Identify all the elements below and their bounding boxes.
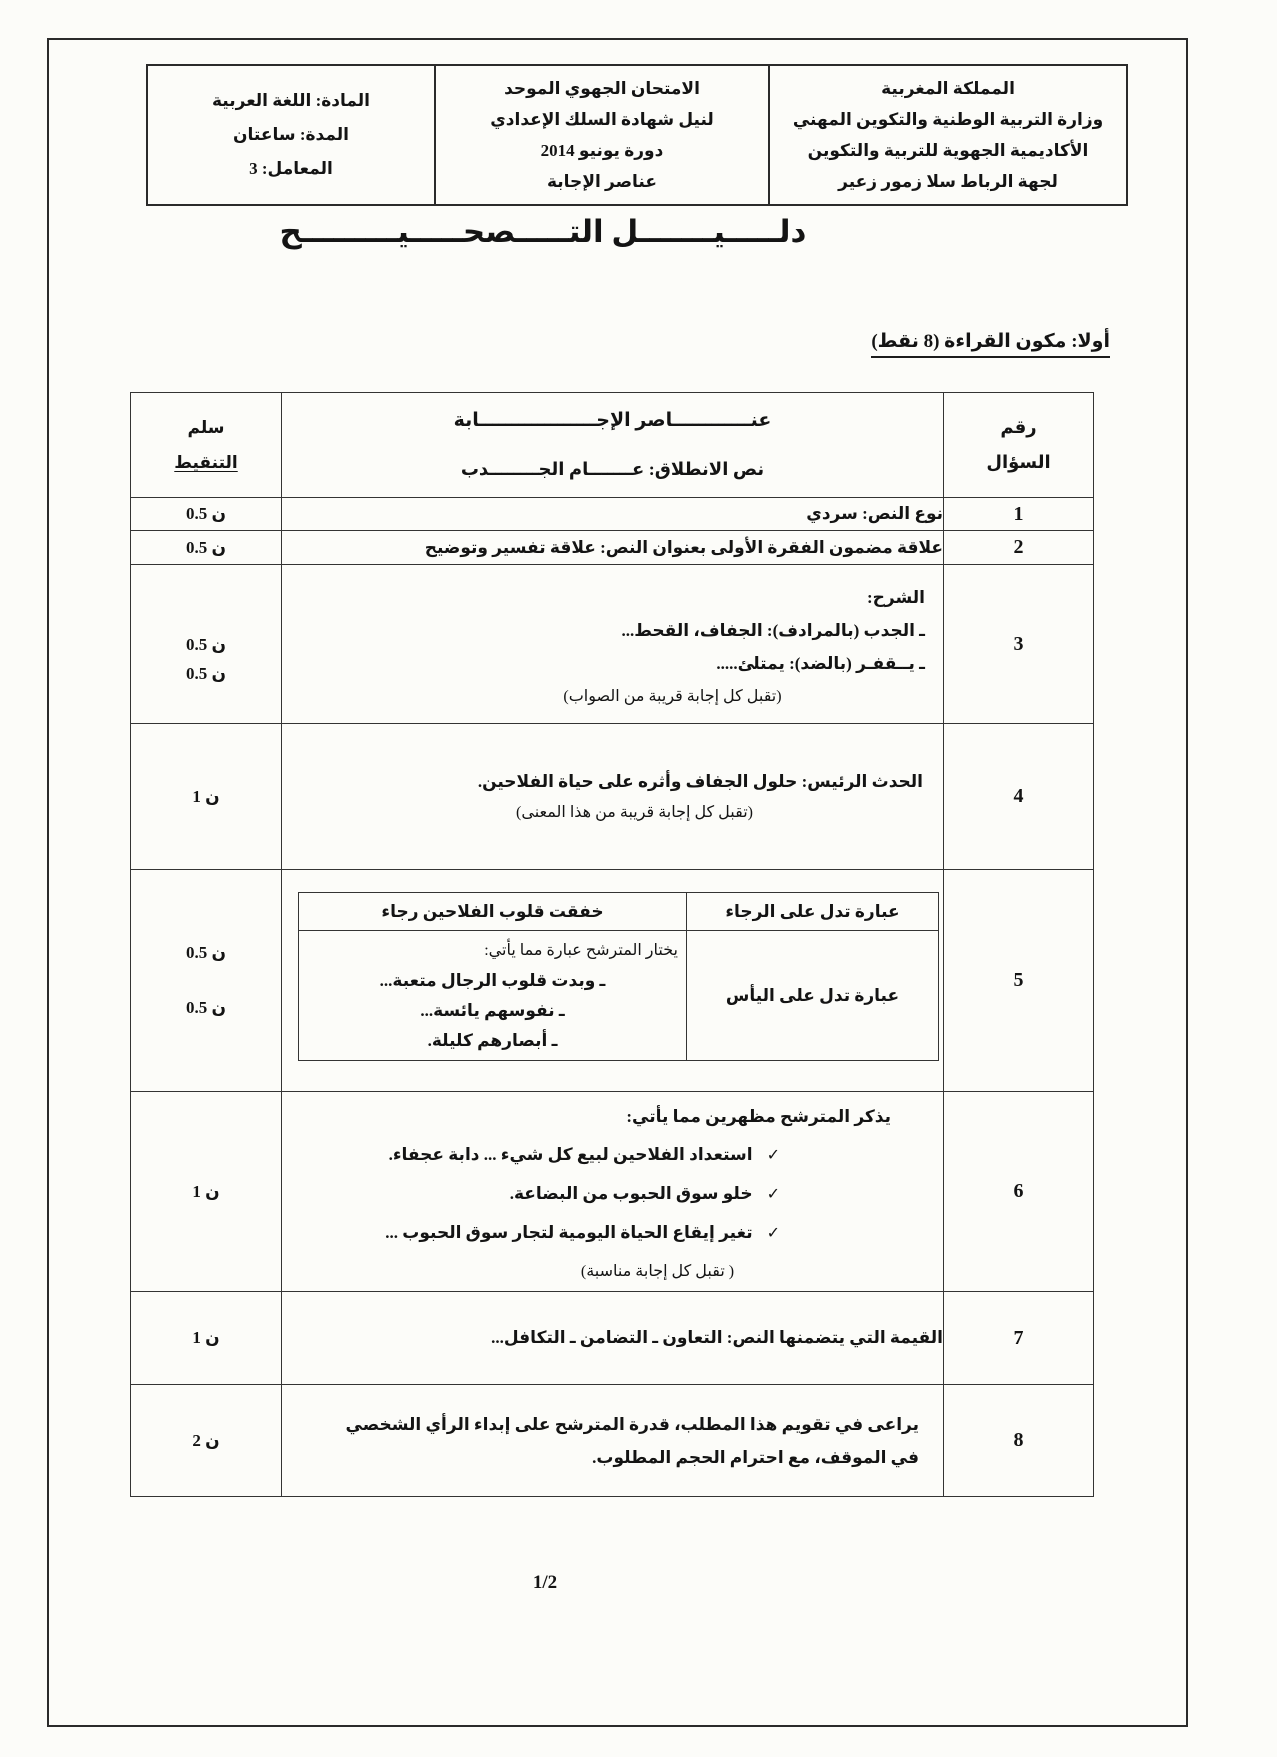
opinion-criteria-answer: يراعى في تقويم هذا المطلب، قدرة المترشح … xyxy=(282,1408,943,1474)
marking-note: ( تقبل كل إجابة مناسبة) xyxy=(282,1253,943,1291)
aspect-item: ✓ تغير إيقاع الحياة اليومية لتجار سوق ال… xyxy=(282,1214,943,1253)
score-cell: 0.5 ن xyxy=(131,498,282,531)
choice-option: ـ نفوسهم يائسة... xyxy=(299,996,686,1026)
hope-phrase-answer: خفقت قلوب الفلاحين رجاء xyxy=(299,893,687,931)
coefficient-line: المعامل: 3 xyxy=(148,152,434,186)
hope-phrase-header: عبارة تدل على الرجاء xyxy=(687,893,939,931)
answer-cell: الحدث الرئيس: حلول الجفاف وأثره على حياة… xyxy=(282,724,944,870)
paper-type-line: عناصر الإجابة xyxy=(436,166,768,197)
score-cell: 0.5 ن xyxy=(131,531,282,565)
despair-choices-cell: يختار المترشح عبارة مما يأتي: ـ وبدت قلو… xyxy=(299,931,687,1061)
academy-line: الأكاديمية الجهوية للتربية والتكوين xyxy=(770,135,1126,166)
choices-intro: يختار المترشح عبارة مما يأتي: xyxy=(299,936,686,966)
marking-note: (تقبل كل إجابة قريبة من الصواب) xyxy=(282,680,943,713)
choice-option: ـ أبصارهم كليلة. xyxy=(299,1026,686,1056)
aspects-intro: يذكر المترشح مظهرين مما يأتي: xyxy=(282,1098,943,1136)
marking-note: (تقبل كل إجابة قريبة من هذا المعنى) xyxy=(282,797,943,828)
checkmark-icon: ✓ xyxy=(767,1215,780,1253)
table-header-row: رقم السؤال عنــــــــــــاصر الإجـــــــ… xyxy=(131,393,1094,498)
despair-phrase-header: عبارة تدل على اليأس xyxy=(687,931,939,1061)
score-cell: 0.5 ن 0.5 ن xyxy=(131,870,282,1092)
exam-level-line: لنيل شهادة السلك الإعدادي xyxy=(436,104,768,135)
subject-line: المادة: اللغة العربية xyxy=(148,84,434,118)
table-row: 8 يراعى في تقويم هذا المطلب، قدرة المترش… xyxy=(131,1385,1094,1497)
table-row: 3 الشرح: ـ الجدب (بالمرادف): الجفاف، الق… xyxy=(131,565,1094,724)
question-number-header: رقم السؤال xyxy=(944,393,1094,498)
answer-elements-table: رقم السؤال عنــــــــــــاصر الإجـــــــ… xyxy=(130,392,1094,1497)
subject-info-cell: المادة: اللغة العربية المدة: ساعتان المع… xyxy=(148,66,436,204)
duration-line: المدة: ساعتان xyxy=(148,118,434,152)
answer-cell: عبارة تدل على الرجاء خفقت قلوب الفلاحين … xyxy=(282,870,944,1092)
answer-elements-header: عنــــــــــــاصر الإجــــــــــــــــــ… xyxy=(282,393,944,498)
score-value: 0.5 ن xyxy=(186,998,226,1018)
question-number-cell: 8 xyxy=(944,1385,1094,1497)
explanation-item: ـ الجدب (بالمرادف): الجفاف، القحط... xyxy=(282,614,943,647)
score-value: 0.5 ن xyxy=(186,664,226,684)
score-cell: 0.5 ن 0.5 ن xyxy=(131,565,282,724)
exam-title-line: الامتحان الجهوي الموحد xyxy=(436,73,768,104)
question-number-cell: 4 xyxy=(944,724,1094,870)
table-row: 6 يذكر المترشح مظهرين مما يأتي: ✓ استعدا… xyxy=(131,1092,1094,1292)
explanation-item: ـ يــقفـر (بالضد): يمتلئ..... xyxy=(282,647,943,680)
session-line: دورة يونيو 2014 xyxy=(436,135,768,166)
answer-cell: علاقة مضمون الفقرة الأولى بعنوان النص: ع… xyxy=(282,531,944,565)
score-cell: 2 ن xyxy=(131,1385,282,1497)
question-number-cell: 1 xyxy=(944,498,1094,531)
region-line: لجهة الرباط سلا زمور زعير xyxy=(770,166,1126,197)
table-row: 7 القيمة التي يتضمنها النص: التعاون ـ ال… xyxy=(131,1292,1094,1385)
exam-header-table: المادة: اللغة العربية المدة: ساعتان المع… xyxy=(146,64,1128,206)
question-number-cell: 6 xyxy=(944,1092,1094,1292)
scoring-scale-header: سلم التنقيط xyxy=(131,393,282,498)
answer-cell: يذكر المترشح مظهرين مما يأتي: ✓ استعداد … xyxy=(282,1092,944,1292)
page-number: 1/2 xyxy=(533,1572,557,1594)
question-number-cell: 2 xyxy=(944,531,1094,565)
table-row: 2 علاقة مضمون الفقرة الأولى بعنوان النص:… xyxy=(131,531,1094,565)
table-row: 5 عبارة تدل على الرجاء خفقت قلوب الفلاحي… xyxy=(131,870,1094,1092)
question-number-cell: 3 xyxy=(944,565,1094,724)
question-number-cell: 7 xyxy=(944,1292,1094,1385)
checkmark-icon: ✓ xyxy=(767,1176,780,1214)
aspect-item: ✓ استعداد الفلاحين لبيع كل شيء ... دابة … xyxy=(282,1136,943,1175)
answer-cell: يراعى في تقويم هذا المطلب، قدرة المترشح … xyxy=(282,1385,944,1497)
answer-cell: الشرح: ـ الجدب (بالمرادف): الجفاف، القحط… xyxy=(282,565,944,724)
document-page: المادة: اللغة العربية المدة: ساعتان المع… xyxy=(0,0,1277,1757)
kingdom-line: المملكة المغربية xyxy=(770,73,1126,104)
aspect-item: ✓ خلو سوق الحبوب من البضاعة. xyxy=(282,1175,943,1214)
reading-section-heading: أولا: مكون القراءة (8 نقط) xyxy=(871,330,1110,358)
score-cell: 1 ن xyxy=(131,1092,282,1292)
question-number-cell: 5 xyxy=(944,870,1094,1092)
score-value: 0.5 ن xyxy=(186,635,226,655)
correction-guide-title: دلـــــيـــــــل التـــــصحـــــيـــــــ… xyxy=(280,214,807,250)
score-cell: 1 ن xyxy=(131,724,282,870)
answer-cell: نوع النص: سردي xyxy=(282,498,944,531)
hope-despair-table: عبارة تدل على الرجاء خفقت قلوب الفلاحين … xyxy=(298,892,939,1061)
inner-header-row: عبارة تدل على الرجاء خفقت قلوب الفلاحين … xyxy=(299,893,939,931)
explanation-title: الشرح: xyxy=(282,581,943,614)
checkmark-icon: ✓ xyxy=(767,1137,780,1175)
score-cell: 1 ن xyxy=(131,1292,282,1385)
choice-option: ـ وبدت قلوب الرجال متعبة... xyxy=(299,966,686,996)
ministry-line: وزارة التربية الوطنية والتكوين المهني xyxy=(770,104,1126,135)
answer-cell: القيمة التي يتضمنها النص: التعاون ـ التض… xyxy=(282,1292,944,1385)
table-row: 1 نوع النص: سردي 0.5 ن xyxy=(131,498,1094,531)
ministry-info-cell: المملكة المغربية وزارة التربية الوطنية و… xyxy=(770,66,1126,204)
main-event-answer: الحدث الرئيس: حلول الجفاف وأثره على حياة… xyxy=(282,766,943,797)
score-value: 0.5 ن xyxy=(186,943,226,963)
exam-info-cell: الامتحان الجهوي الموحد لنيل شهادة السلك … xyxy=(436,66,770,204)
inner-body-row: عبارة تدل على اليأس يختار المترشح عبارة … xyxy=(299,931,939,1061)
table-row: 4 الحدث الرئيس: حلول الجفاف وأثره على حي… xyxy=(131,724,1094,870)
